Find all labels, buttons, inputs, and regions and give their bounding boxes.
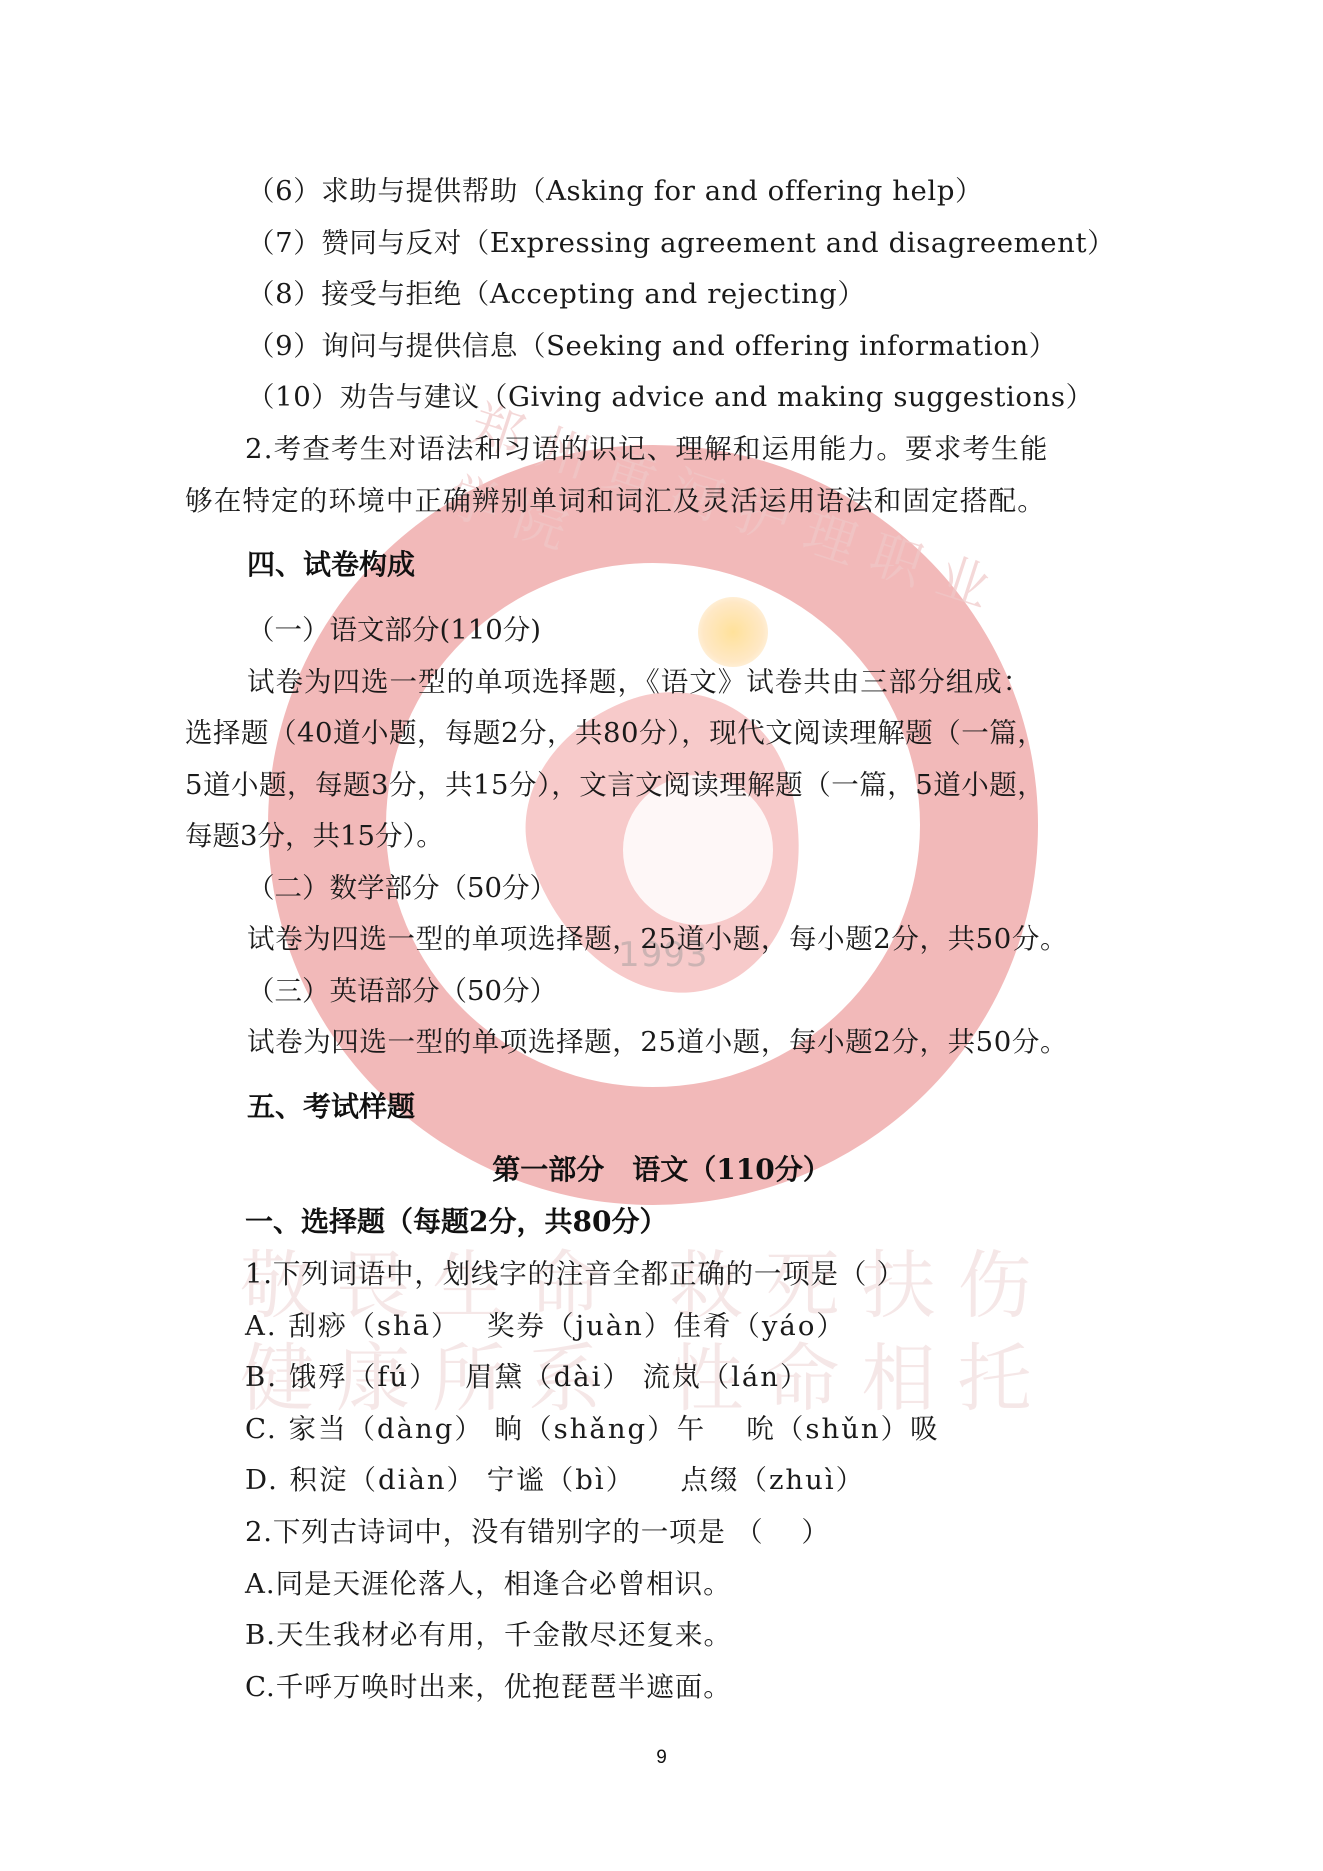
chinese-part-desc-line3: 5道小题，每题3分，共15分），文言文阅读理解题（一篇，5道小题， bbox=[185, 768, 1045, 802]
requirement-2-line2: 够在特定的环境中正确辨别单词和词汇及灵活运用语法和固定搭配。 bbox=[185, 484, 1046, 518]
question-1-option-b: B. 饿殍（fú） 眉黛（dài） 流岚（lán） bbox=[245, 1360, 810, 1394]
document-page: 郑州黄河护理职业学院 1993 敬畏生命 救死扶伤 健康所系 性命相托 （6）求… bbox=[0, 0, 1323, 1871]
part-one-title: 第一部分 语文（110分） bbox=[0, 1153, 1323, 1187]
function-item-7: （7）赞同与反对（Expressing agreement and disagr… bbox=[247, 226, 1115, 260]
chinese-part-desc-line1: 试卷为四选一型的单项选择题，《语文》试卷共由三部分组成： bbox=[247, 665, 1031, 699]
question-1-stem: 1.下列词语中，划线字的注音全都正确的一项是（ ） bbox=[245, 1257, 905, 1291]
question-2-option-c: C.千呼万唤时出来，优抱琵琶半遮面。 bbox=[245, 1670, 732, 1704]
function-item-8: （8）接受与拒绝（Accepting and rejecting） bbox=[247, 277, 865, 311]
logo-sun-icon bbox=[698, 597, 768, 667]
chinese-part-title: （一）语文部分(110分) bbox=[247, 613, 541, 647]
english-part-desc: 试卷为四选一型的单项选择题，25道小题，每小题2分，共50分。 bbox=[247, 1025, 1068, 1059]
question-2-option-b: B.天生我材必有用，千金散尽还复来。 bbox=[245, 1618, 732, 1652]
requirement-2-line1: 2.考查考生对语法和习语的识记、理解和运用能力。要求考生能 bbox=[245, 432, 1049, 466]
page-number: 9 bbox=[0, 1747, 1323, 1769]
section-4-heading: 四、试卷构成 bbox=[247, 548, 415, 582]
function-item-6: （6）求助与提供帮助（Asking for and offering help） bbox=[247, 174, 983, 208]
chinese-part-desc-line4: 每题3分，共15分）。 bbox=[185, 819, 444, 853]
function-item-9: （9）询问与提供信息（Seeking and offering informat… bbox=[247, 329, 1057, 363]
function-item-10: （10）劝告与建议（Giving advice and making sugge… bbox=[247, 380, 1094, 414]
chinese-part-desc-line2: 选择题（40道小题，每题2分，共80分），现代文阅读理解题（一篇， bbox=[185, 716, 1045, 750]
english-part-title: （三）英语部分（50分） bbox=[247, 974, 557, 1008]
choice-section-heading: 一、选择题（每题2分，共80分） bbox=[245, 1205, 667, 1239]
question-1-option-d: D. 积淀（diàn） 宁谧（bì） 点缀（zhuì） bbox=[245, 1463, 865, 1497]
question-2-stem: 2.下列古诗词中，没有错别字的一项是 （ ） bbox=[245, 1515, 830, 1549]
math-part-title: （二）数学部分（50分） bbox=[247, 871, 557, 905]
section-5-heading: 五、考试样题 bbox=[247, 1090, 415, 1124]
question-1-option-a: A. 刮痧（shā） 奖券（juàn）佳肴（yáo） bbox=[245, 1309, 846, 1343]
question-2-option-a: A.同是天涯伦落人，相逢合必曾相识。 bbox=[245, 1567, 732, 1601]
question-1-option-c: C. 家当（dàng） 晌（shǎng）午 吮（shǔn）吸 bbox=[245, 1412, 940, 1446]
math-part-desc: 试卷为四选一型的单项选择题，25道小题，每小题2分，共50分。 bbox=[247, 922, 1068, 956]
